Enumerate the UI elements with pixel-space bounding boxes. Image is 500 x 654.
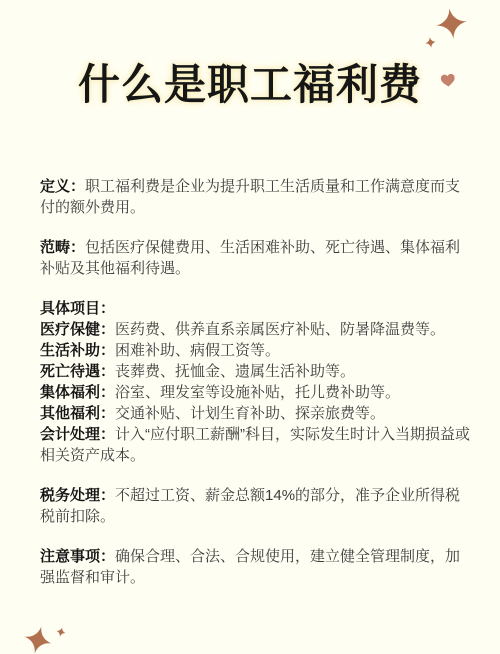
line-text: 交通补贴、计划生育补助、探亲旅费等。 bbox=[115, 405, 385, 422]
line-label: 范畴： bbox=[40, 239, 85, 256]
line-label: 集体福利： bbox=[40, 384, 115, 401]
text-line: 死亡待遇：丧葬费、抚恤金、遗属生活补助等。 bbox=[40, 361, 472, 382]
text-line: 范畴：包括医疗保健费用、生活困难补助、死亡待遇、集体福利补贴及其他福利待遇。 bbox=[40, 237, 472, 279]
content-sections: 定义：职工福利费是企业为提升职工生活质量和工作满意度而支付的额外费用。范畴：包括… bbox=[40, 176, 472, 588]
line-text: 困难补助、病假工资等。 bbox=[115, 342, 280, 359]
text-line: 其他福利：交通补贴、计划生育补助、探亲旅费等。 bbox=[40, 403, 472, 424]
sparkle-icon-small-top-right bbox=[424, 36, 436, 48]
section-block: 定义：职工福利费是企业为提升职工生活质量和工作满意度而支付的额外费用。 bbox=[40, 176, 472, 218]
text-line: 税务处理：不超过工资、薪金总额14%的部分，准予企业所得税税前扣除。 bbox=[40, 485, 472, 527]
section-block: 税务处理：不超过工资、薪金总额14%的部分，准予企业所得税税前扣除。 bbox=[40, 485, 472, 527]
line-label: 死亡待遇： bbox=[40, 363, 115, 380]
line-label: 定义： bbox=[40, 178, 85, 195]
line-label: 注意事项： bbox=[40, 548, 115, 565]
section-block: 范畴：包括医疗保健费用、生活困难补助、死亡待遇、集体福利补贴及其他福利待遇。 bbox=[40, 237, 472, 279]
sparkle-icon-small-bottom-left bbox=[55, 626, 67, 638]
line-text: 浴室、理发室等设施补贴，托儿费补助等。 bbox=[115, 384, 400, 401]
line-label: 生活补助： bbox=[40, 342, 115, 359]
text-line: 注意事项：确保合理、合法、合规使用，建立健全管理制度，加强监督和审计。 bbox=[40, 546, 472, 588]
text-line: 生活补助：困难补助、病假工资等。 bbox=[40, 340, 472, 361]
sparkle-icon-large-top-right bbox=[434, 6, 469, 41]
page-title: 什么是职工福利费 bbox=[0, 52, 500, 112]
line-label: 其他福利： bbox=[40, 405, 115, 422]
line-text: 职工福利费是企业为提升职工生活质量和工作满意度而支付的额外费用。 bbox=[40, 178, 460, 216]
text-line: 具体项目： bbox=[40, 298, 472, 319]
text-line: 医疗保健：医药费、供养直系亲属医疗补贴、防暑降温费等。 bbox=[40, 319, 472, 340]
text-line: 定义：职工福利费是企业为提升职工生活质量和工作满意度而支付的额外费用。 bbox=[40, 176, 472, 218]
line-text: 医药费、供养直系亲属医疗补贴、防暑降温费等。 bbox=[115, 321, 445, 338]
line-label: 医疗保健： bbox=[40, 321, 115, 338]
line-label: 税务处理： bbox=[40, 487, 115, 504]
sparkle-icon-large-bottom-left bbox=[21, 623, 55, 654]
section-block: 注意事项：确保合理、合法、合规使用，建立健全管理制度，加强监督和审计。 bbox=[40, 546, 472, 588]
text-line: 会计处理：计入“应付职工薪酬”科目，实际发生时计入当期损益或相关资产成本。 bbox=[40, 424, 472, 466]
section-block: 具体项目：医疗保健：医药费、供养直系亲属医疗补贴、防暑降温费等。生活补助：困难补… bbox=[40, 298, 472, 466]
text-line: 集体福利：浴室、理发室等设施补贴，托儿费补助等。 bbox=[40, 382, 472, 403]
line-text: 丧葬费、抚恤金、遗属生活补助等。 bbox=[115, 363, 355, 380]
line-text: 包括医疗保健费用、生活困难补助、死亡待遇、集体福利补贴及其他福利待遇。 bbox=[40, 239, 460, 277]
welfare-fee-note-card: 什么是职工福利费 定义：职工福利费是企业为提升职工生活质量和工作满意度而支付的额… bbox=[0, 0, 500, 654]
line-label: 具体项目： bbox=[40, 300, 115, 317]
line-label: 会计处理： bbox=[40, 426, 115, 443]
